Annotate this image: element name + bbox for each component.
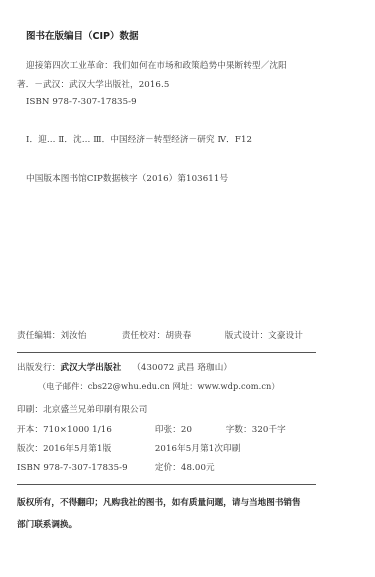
imprint-isbn: ISBN 978-7-307-17835-9 bbox=[17, 463, 152, 473]
edition: 版次：2016年5月第1版 bbox=[17, 442, 152, 454]
book-format: 开本：710×1000 1/16 bbox=[17, 423, 152, 435]
word-count: 字数：320千字 bbox=[226, 423, 286, 435]
printed-sheets: 印张：20 bbox=[155, 423, 223, 435]
price: 定价：48.00元 bbox=[155, 461, 215, 473]
edition-row: 版次：2016年5月第1版 2016年5月第1次印刷 bbox=[17, 442, 240, 454]
publisher-name: 武汉大学出版社 bbox=[60, 363, 121, 373]
cip-classification: Ⅰ．迎… Ⅱ．沈… Ⅲ．中国经济－转型经济－研究 Ⅳ．F12 bbox=[26, 133, 252, 145]
impression: 2016年5月第1次印刷 bbox=[155, 442, 241, 454]
cip-title-line-1: 迎接第四次工业革命：我们如何在市场和政策趋势中果断转型／沈阳 bbox=[26, 59, 287, 71]
divider-bottom bbox=[17, 484, 316, 485]
cip-title-line-2: 著．－武汉：武汉大学出版社，2016.5 bbox=[17, 78, 169, 90]
format-row: 开本：710×1000 1/16 印张：20 字数：320千字 bbox=[17, 423, 286, 435]
credits-row: 责任编辑：刘汝怡 责任校对：胡贵春 版式设计：文豪设计 bbox=[17, 329, 303, 341]
cip-isbn: ISBN 978-7-307-17835-9 bbox=[26, 97, 137, 107]
layout-designer: 版式设计：文豪设计 bbox=[225, 329, 303, 341]
publisher-contact: （电子邮件：cbs22@whu.edu.cn 网址：www.wdp.com.cn… bbox=[38, 381, 280, 392]
publisher-address: （430072 武昌 珞珈山） bbox=[132, 363, 232, 373]
divider-top bbox=[17, 352, 316, 353]
proofreader: 责任校对：胡贵春 bbox=[122, 329, 222, 341]
publisher-line: 出版发行：武汉大学出版社 （430072 武昌 珞珈山） bbox=[17, 361, 232, 373]
editor: 责任编辑：刘汝怡 bbox=[17, 329, 119, 341]
isbn-price-row: ISBN 978-7-307-17835-9 定价：48.00元 bbox=[17, 461, 215, 473]
copyright-line-1: 版权所有，不得翻印；凡购我社的图书，如有质量问题，请与当地图书销售 bbox=[17, 496, 301, 508]
cip-heading: 图书在版编目（CIP）数据 bbox=[26, 28, 138, 42]
cip-record-number: 中国版本图书馆CIP数据核字（2016）第103611号 bbox=[26, 172, 228, 184]
copyright-line-2: 部门联系调换。 bbox=[17, 518, 77, 530]
printer: 印刷：北京盛兰兄弟印刷有限公司 bbox=[17, 403, 147, 415]
publisher-label: 出版发行： bbox=[17, 363, 60, 373]
